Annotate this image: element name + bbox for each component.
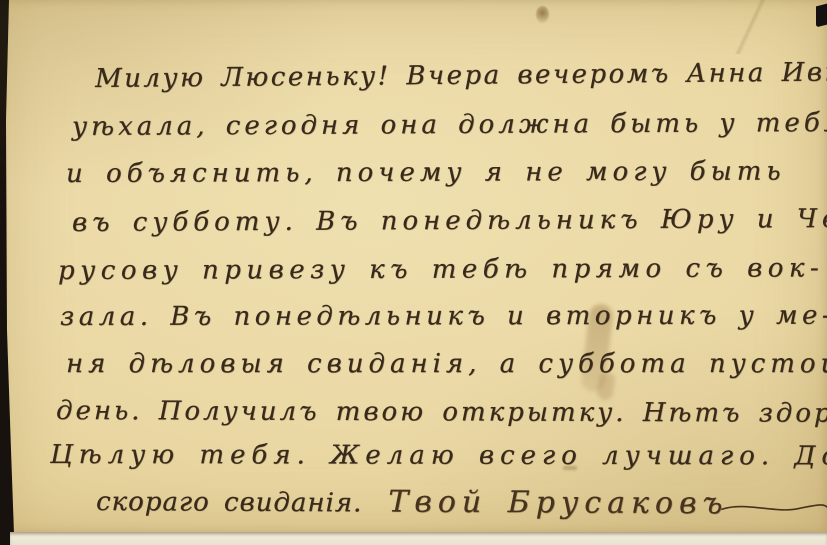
handwriting-line-9: Цѣлую тебя. Желаю всего лучшаго. До [50, 438, 827, 473]
handwriting-line-8: день. Получилъ твою открытку. Нѣтъ здоро… [56, 394, 827, 431]
ink-spot-stain [536, 6, 549, 23]
handwriting-line-1: Милую Люсеньку! Вчера вечеромъ Анна Ивн. [95, 55, 827, 96]
torn-corner-notch [816, 4, 827, 28]
handwriting-line-7: ня дѣловыя свиданія, а суббота пустой [66, 347, 827, 381]
handwriting-line-3: и объяснить, почему я не могу быть [66, 154, 786, 191]
scanned-letter: Милую Люсеньку! Вчера вечеромъ Анна Ивн.… [0, 0, 827, 545]
closing-words: скораго свиданія. [96, 487, 362, 518]
handwriting-line-4: въ субботу. Въ понедѣльникъ Юру и Че- [72, 202, 827, 240]
handwriting-line-2: уѣхала, сегодня она должна быть у тебя [72, 106, 827, 144]
signature-flourish-icon [720, 499, 827, 516]
handwriting-line-5: русову привезу къ тебѣ прямо съ вок- [58, 251, 824, 288]
signature: Твой Брусаковъ [388, 486, 728, 522]
handwriting-line-6: зала. Въ понедѣльникъ и вторникъ у ме- [60, 299, 827, 334]
bottom-sheet-edge [10, 532, 827, 545]
handwriting-line-10: скораго свиданія.Твой Брусаковъ [96, 484, 827, 523]
